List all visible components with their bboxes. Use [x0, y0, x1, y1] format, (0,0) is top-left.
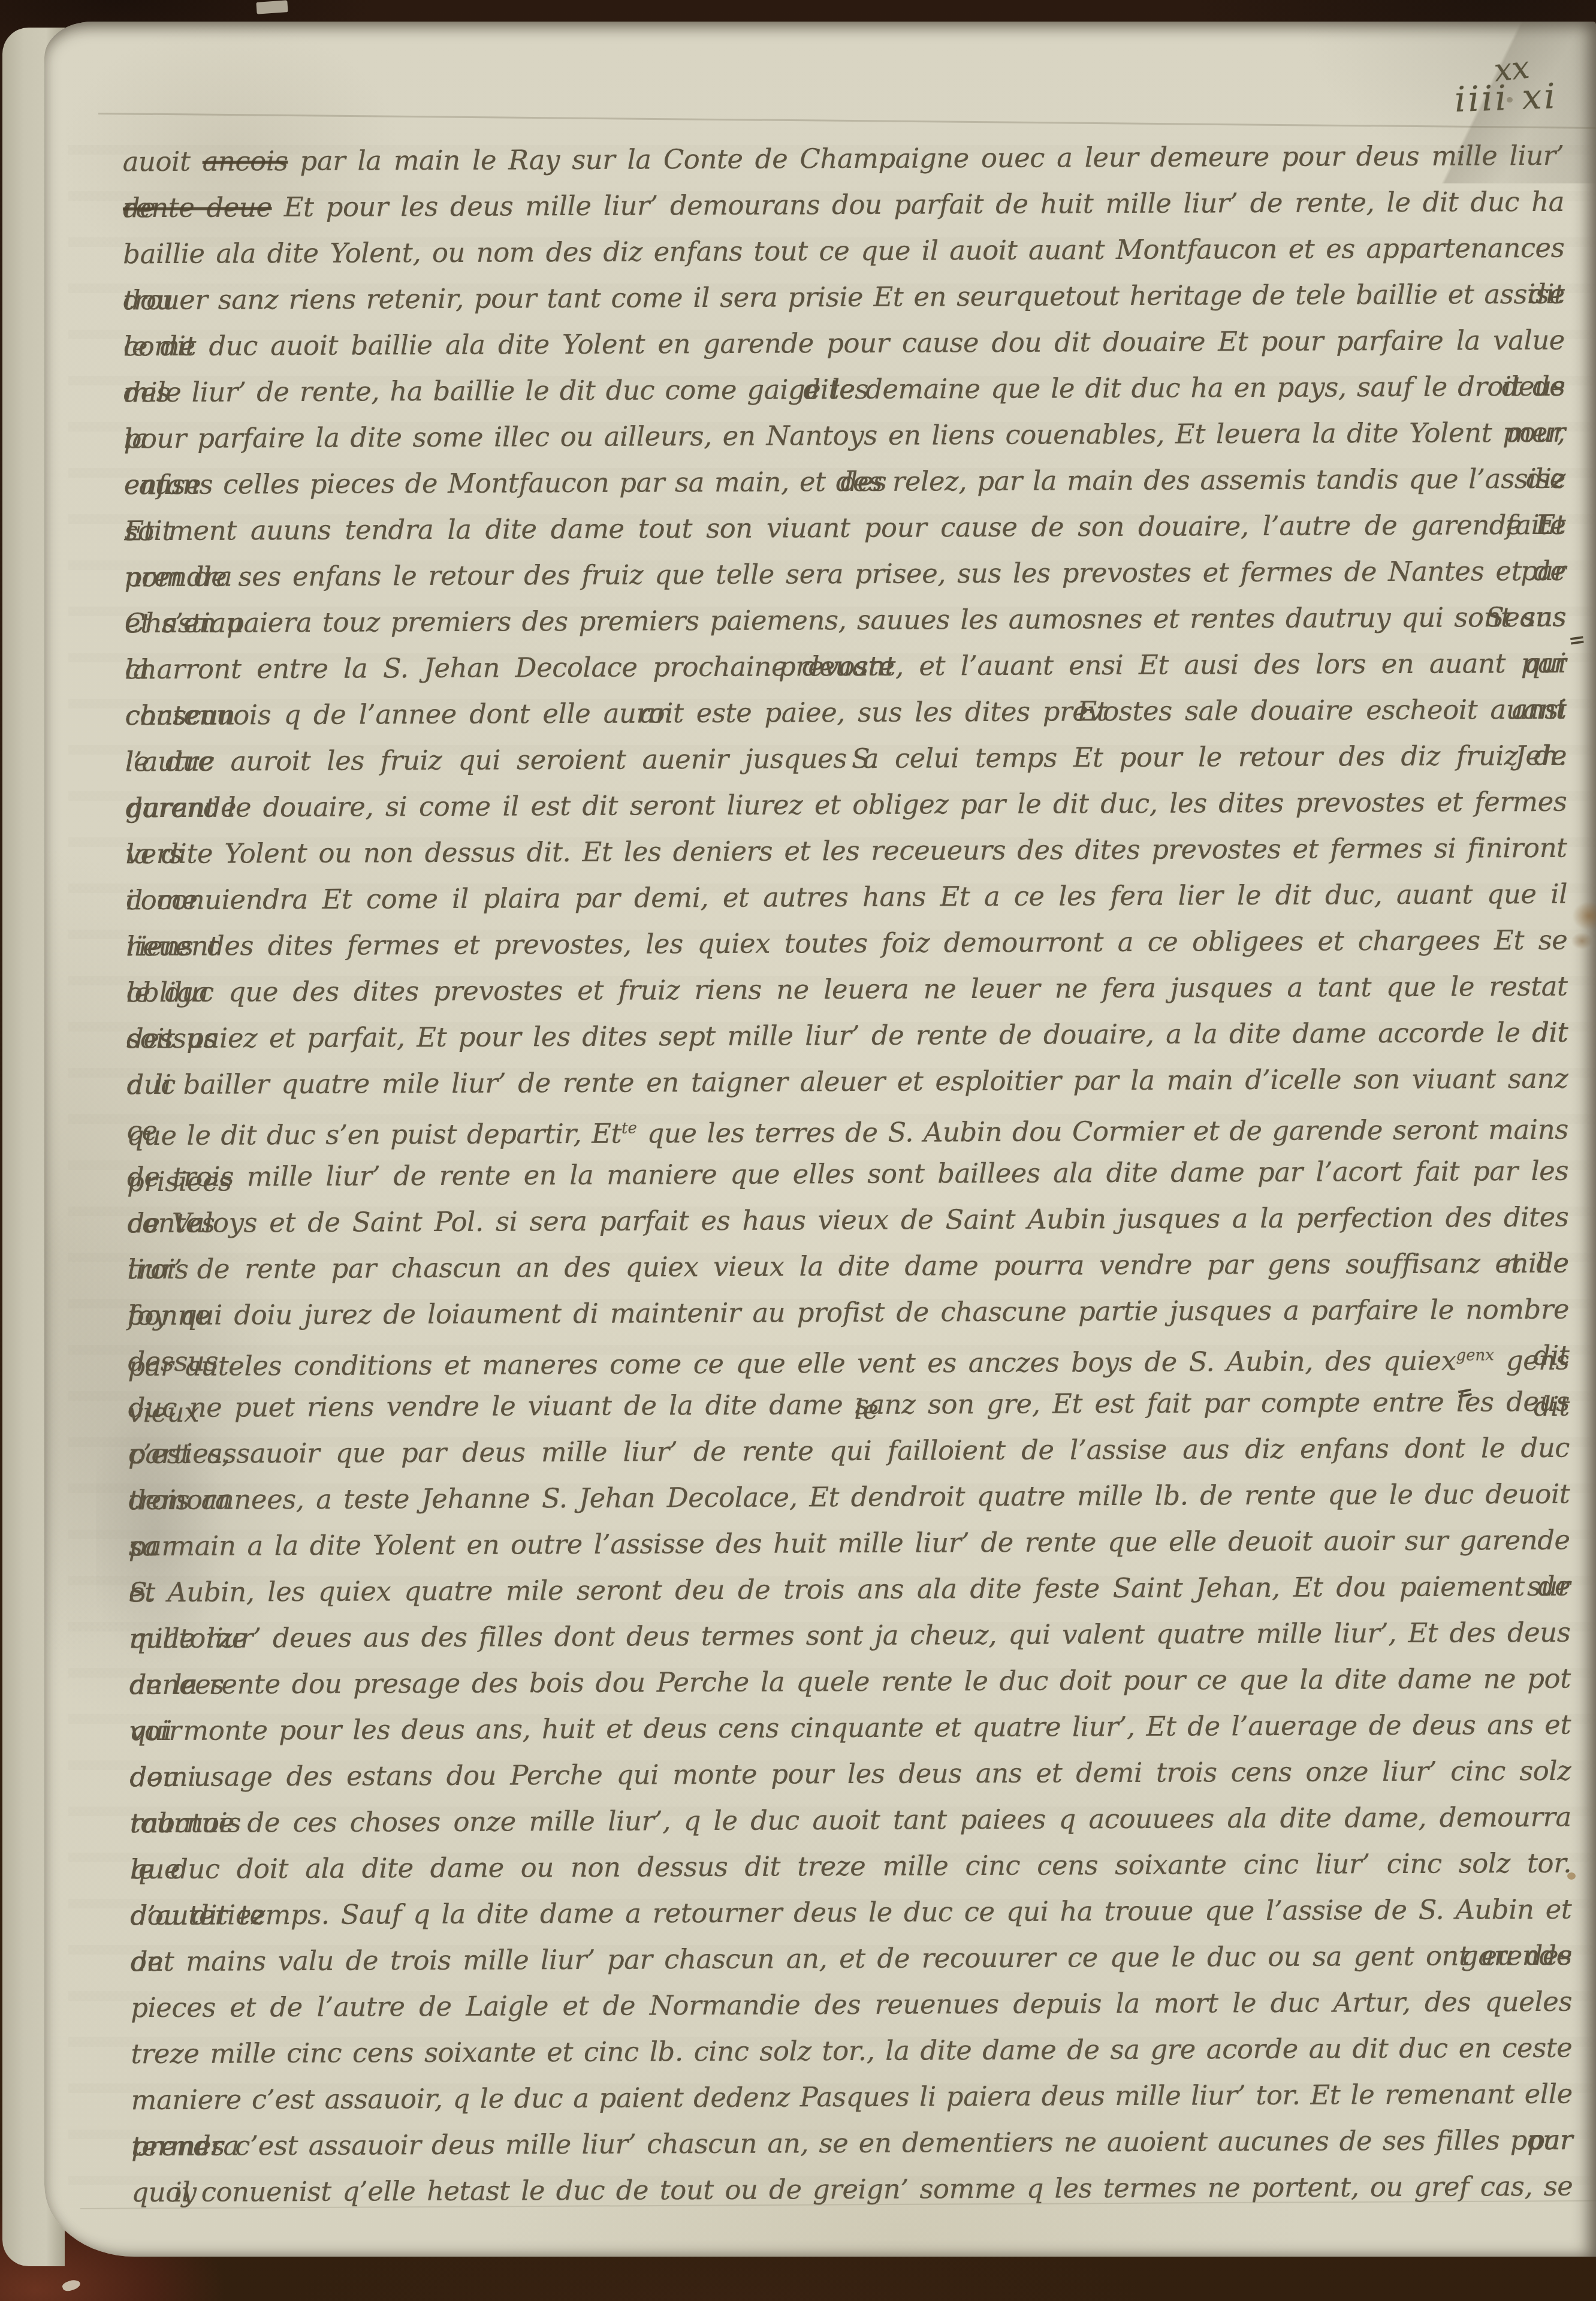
manuscript-line: que le dit duc s’en puist departir, Ette…: [127, 1102, 1568, 1154]
manuscript-line: Et ment auuns tendra la dite dame tout s…: [124, 502, 1565, 554]
manuscript-line: liur’ de rente par chascun an des quiex …: [128, 1240, 1569, 1292]
manuscript-line: termes c’est assauoir deus mille liur’ c…: [131, 2117, 1573, 2169]
manuscript-line: nom de ses enfans le retour des fruiz qu…: [124, 548, 1565, 600]
manuscript-line: riens des dites fermes et prevostes, les…: [126, 917, 1567, 969]
manuscript-line: par auteles conditions et maneres come c…: [128, 1332, 1569, 1385]
manuscript-line: il conuenist q’elle hetast le duc de tou…: [131, 2163, 1573, 2215]
manuscript-line: sa main a la dite Yolent en outre l’assi…: [129, 1517, 1570, 1569]
manuscript-line: dou dit temps. Sauf q la dite dame a ret…: [130, 1886, 1571, 1938]
manuscript-line: foy qui doiu jurez de loiaument di maint…: [128, 1286, 1569, 1338]
manuscript-line: le duc auroit les fruiz qui seroient aue…: [125, 732, 1567, 785]
manuscript-line: et s’en paiera touz premiers des premier…: [125, 594, 1566, 646]
line-text: par auteles conditions et maneres come c…: [128, 1345, 1456, 1383]
manuscript-line: le dit duc auoit baillie ala dite Yolent…: [123, 317, 1565, 369]
manuscript-line: trois annees, a teste Jehanne S. Jehan D…: [128, 1471, 1570, 1523]
manuscript-line: la dite Yolent ou non dessus dit. Et les…: [125, 825, 1567, 877]
folio-number-base: iiii xi: [1454, 80, 1558, 115]
manuscript-page: xx iiii xi = = auoit ancois par la main …: [44, 22, 1596, 2257]
line-text: Et pour les deus mille liur’ demourans d…: [271, 186, 1564, 223]
line-text: ont mains valu de trois mille liur’ par …: [131, 1940, 1572, 1977]
manuscript-text: auoit ancois par la main le Ray sur la C…: [122, 132, 1573, 2215]
binding-stitch: [61, 2278, 81, 2293]
manuscript-line: rente deue Et pour les deus mille liur’ …: [123, 179, 1564, 231]
manuscript-line: contenuois q de l’annee dont elle auroit…: [125, 686, 1566, 738]
manuscript-line: mile liur’ de rente, ha baillie le dit d…: [123, 363, 1565, 415]
struck-word: rente deue: [123, 191, 272, 224]
binding-fabric-scrap: [256, 0, 288, 14]
margin-mark: =: [1567, 627, 1587, 653]
line-text: pieces et de l’autre de Laigle et de Nor…: [131, 1986, 1572, 2023]
manuscript-line: qui monte pour les deus ans, huit et deu…: [129, 1702, 1571, 1754]
manuscript-line: ont mains valu de trois mille liur’ par …: [131, 1932, 1572, 1985]
manuscript-line: a li bailler quatre mile liur’ de rente …: [126, 1055, 1568, 1108]
interlinear-addition: te: [621, 1120, 637, 1138]
manuscript-line: durant le douaire, si come il est dit se…: [125, 779, 1567, 831]
manuscript-line: enfans celles pieces de Montfaucon par s…: [124, 456, 1565, 508]
manuscript-line: charront entre la S. Jehan Decolace proc…: [125, 640, 1566, 692]
line-text: que le dit duc s’en puist departir, Et: [127, 1118, 622, 1152]
folio-number: xx iiii xi: [1455, 54, 1558, 113]
manuscript-line: le duc doit ala dite dame ou non dessus …: [130, 1840, 1571, 1892]
manuscript-line: pieces et de l’autre de Laigle et de Nor…: [131, 1979, 1572, 2031]
manuscript-line: c’est assauoir que par deus mille liur’ …: [128, 1425, 1570, 1477]
manuscript-line: S. Aubin, les quiex quatre mile seront d…: [129, 1563, 1570, 1615]
struck-word: ancois: [203, 145, 288, 177]
manuscript-line: il conuiendra Et come il plaira par demi…: [126, 871, 1567, 923]
interlinear-addition: genx: [1456, 1346, 1494, 1364]
manuscript-line: auoit ancois par la main le Ray sur la C…: [122, 132, 1564, 185]
line-text: auoit: [123, 146, 203, 178]
manuscript-line: dou usage des estans dou Perche qui mont…: [129, 1748, 1571, 1800]
manuscript-line: pour parfaire la dite some illec ou aill…: [123, 409, 1565, 462]
manuscript-line: rabatue de ces choses onze mille liur’, …: [130, 1794, 1571, 1846]
manuscript-line: trouer sanz riens retenir, pour tant com…: [123, 271, 1564, 323]
manuscript-line: le duc que des dites prevostes et fruiz …: [126, 963, 1567, 1015]
manuscript-line: de la rente dou presage des bois dou Per…: [129, 1655, 1571, 1708]
manuscript-line: treze mille cinc cens soixante et cinc l…: [131, 2025, 1572, 2077]
manuscript-line: de Valoys et de Saint Pol. si sera parfa…: [127, 1194, 1568, 1246]
line-text: treze mille cinc cens soixante et cinc l…: [131, 2032, 1572, 2070]
manuscript-line: soit paiez et parfait, Et pour les dites…: [126, 1009, 1568, 1061]
manuscript-line: baillie ala dite Yolent, ou nom des diz …: [123, 225, 1564, 277]
manuscript-line: mille liur’ deues aus des filles dont de…: [129, 1609, 1570, 1661]
line-text: il conuenist q’elle hetast le duc de tou…: [173, 2170, 1573, 2208]
manuscript-line: duc ne puet riens vendre le viuant de la…: [128, 1379, 1570, 1431]
manuscript-line: de trois mille liur’ de rente en la mani…: [127, 1148, 1568, 1200]
manuscript-line: maniere c’est assauoir, q le duc a paien…: [131, 2071, 1573, 2123]
